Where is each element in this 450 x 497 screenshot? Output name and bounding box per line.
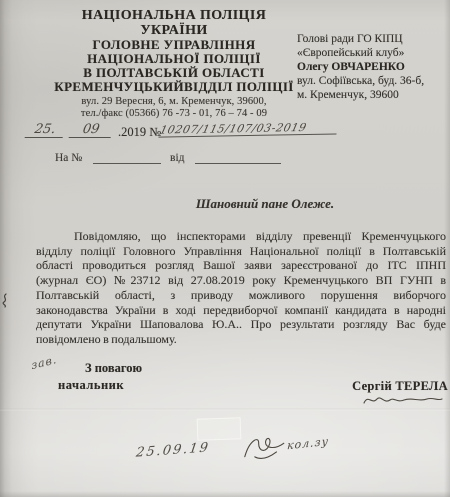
- recipient-city: м. Кременчук, 39600: [297, 88, 447, 102]
- handwritten-day: 25.: [25, 122, 66, 138]
- org-address: вул. 29 Вересня, 6, м. Кременчук, 39600,: [28, 96, 320, 108]
- org-name-line: НАЦІОНАЛЬНОЇ ПОЛІЦІЇ: [28, 52, 320, 66]
- org-name-line: УКРАЇНИ: [28, 23, 320, 38]
- handwritten-ref-number: 10207/115/107/03-2019: [158, 120, 339, 137]
- body-line: депутати України Шаповалова Ю.А.. Про ре…: [36, 317, 446, 332]
- handwritten-month: 09: [69, 122, 114, 138]
- outgoing-ref-line: 25. 09 .2019 № 10207/115/107/03-2019: [24, 122, 354, 144]
- org-name-line: ГОЛОВНЕ УПРАВЛІННЯ: [28, 38, 320, 52]
- recipient-name: Олегу ОВЧАРЕНКО: [297, 60, 447, 74]
- photographed-letter: НАЦІОНАЛЬНА ПОЛІЦІЯ УКРАЇНИ ГОЛОВНЕ УПРА…: [0, 0, 450, 497]
- body-line: (журнал ЄО) №23712 від 27.08.2019 року К…: [36, 273, 446, 288]
- body-line: відділу поліції Головного Управління Нац…: [36, 244, 446, 259]
- body-line: повідомлено в подальшому.: [36, 332, 446, 347]
- salutation: Шановний пане Олеже.: [150, 196, 380, 212]
- body-line: законодавства України в ході передвиборч…: [36, 303, 446, 318]
- org-name-line: В ПОЛТАВСЬКІЙ ОБЛАСТІ: [28, 66, 320, 80]
- pen-mark-icon: [1, 293, 9, 308]
- paper-crease: [0, 408, 450, 411]
- vid-label: від: [170, 152, 184, 164]
- reply-ref-line: На № від: [55, 151, 281, 164]
- recipient-block: Голові ради ГО КІПЦ «Європейський клуб» …: [297, 32, 447, 102]
- letterhead-org-block: НАЦІОНАЛЬНА ПОЛІЦІЯ УКРАЇНИ ГОЛОВНЕ УПРА…: [28, 8, 320, 120]
- handwritten-footer-word: кол.зу: [287, 435, 330, 453]
- recipient-line: Голові ради ГО КІПЦ: [297, 32, 447, 46]
- org-phone: тел./факс (05366) 76 -73 - 01, 76 – 74 -…: [28, 108, 320, 120]
- signature-scribble-icon: [237, 431, 291, 463]
- printed-year-number-label: .2019 №: [118, 125, 161, 140]
- signer-position: начальник: [58, 378, 124, 393]
- recipient-line: «Європейський клуб»: [297, 46, 447, 60]
- handwritten-annotation: зав.: [31, 353, 58, 372]
- body-line: Повідомляю, що інспекторами відділу прев…: [36, 229, 446, 244]
- body-line: Полтавській області, з приводу можливого…: [36, 288, 446, 303]
- org-name-line: НАЦІОНАЛЬНА ПОЛІЦІЯ: [28, 8, 320, 23]
- blank-date-line: [195, 151, 281, 164]
- handwritten-footer-date: 25.09.19: [135, 440, 211, 460]
- org-name-line: КРЕМЕНЧУЦЬКИЙВІДДІЛ ПОЛІЦІЇ: [28, 80, 320, 94]
- regards-label: З повагою: [85, 361, 142, 376]
- recipient-address: вул. Софіївська, буд. 36-б,: [297, 74, 447, 88]
- body-line: області проводиться розгляд Вашої заяви …: [36, 258, 446, 273]
- correction-tape-patch: [197, 417, 242, 441]
- signature-scribble-icon: [362, 392, 444, 408]
- na-label: На №: [55, 152, 82, 164]
- blank-number-line: [93, 151, 161, 164]
- letter-body: Повідомляю, що інспекторами відділу прев…: [36, 229, 446, 347]
